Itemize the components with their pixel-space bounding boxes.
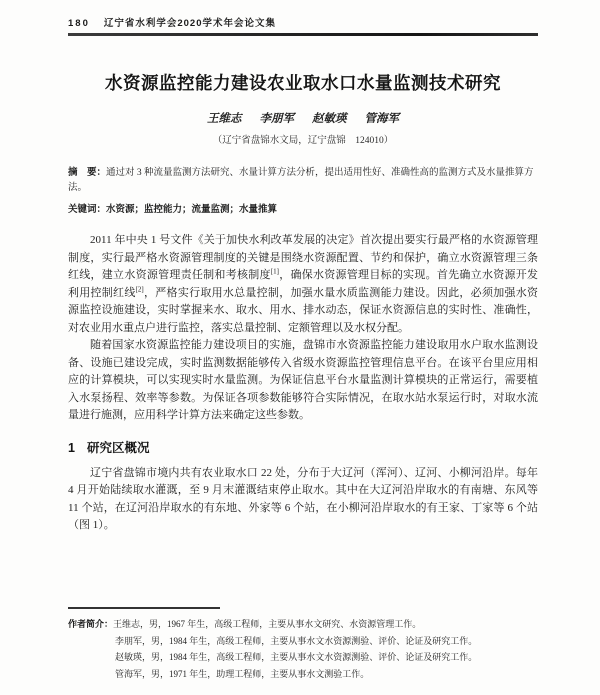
- abstract-label: 摘 要：: [68, 167, 106, 178]
- bio-entry: 王维志，男，1967 年生，高级工程师，主要从事水文研究、水资源管理工作。: [113, 619, 421, 629]
- keywords-text: 水资源；监控能力；流量监测；水量推算: [106, 204, 277, 215]
- footnote-rule: [68, 607, 220, 609]
- paragraph-3: 辽宁省盘锦市境内共有农业取水口 22 处，分布于大辽河（浑河）、辽河、小柳河沿岸…: [68, 465, 538, 535]
- author-name: 李朋军: [260, 110, 295, 126]
- paragraph-1: 2011 年中央 1 号文件《关于加快水利改革发展的决定》首次提出要实行最严格的…: [68, 232, 538, 337]
- bio-line: 赵敏瑛，男，1984 年生，高级工程师，主要从事水文水资源测验、评价、论证及研究…: [115, 649, 538, 666]
- page-content: 180 辽宁省水利学会2020学术年会论文集 水资源监控能力建设农业取水口水量监…: [68, 0, 538, 535]
- section-title: 研究区概况: [87, 441, 150, 455]
- paper-title: 水资源监控能力建设农业取水口水量监测技术研究: [68, 70, 538, 95]
- paragraph-2: 随着国家水资源监控能力建设项目的实施，盘锦市水资源监控能力建设取用水户取水监测设…: [68, 337, 538, 425]
- section-1-heading: 1研究区概况: [68, 438, 538, 456]
- footnote-area: 作者简介：王维志，男，1967 年生，高级工程师，主要从事水文研究、水资源管理工…: [68, 607, 538, 682]
- citation-1: [1]: [271, 267, 279, 275]
- keywords-line: 关键词：水资源；监控能力；流量监测；水量推算: [68, 202, 538, 218]
- header-rule: [68, 33, 538, 36]
- author-name: 赵敏瑛: [312, 110, 347, 126]
- paper-page: 180 辽宁省水利学会2020学术年会论文集 水资源监控能力建设农业取水口水量监…: [0, 0, 600, 695]
- page-number: 180: [68, 18, 90, 29]
- keywords-label: 关键词：: [68, 204, 106, 215]
- body-text: 2011 年中央 1 号文件《关于加快水利改革发展的决定》首次提出要实行最严格的…: [68, 232, 538, 535]
- running-header: 180 辽宁省水利学会2020学术年会论文集: [68, 0, 538, 29]
- bio-line: 李朋军，男，1984 年生，高级工程师，主要从事水文水资源测验、评价、论证及研究…: [115, 633, 538, 650]
- author-name: 管海军: [365, 110, 400, 126]
- bios-label: 作者简介：: [68, 619, 113, 629]
- author-name: 王维志: [207, 110, 242, 126]
- bio-line: 管海军，男，1971 年生，助理工程师，主要从事水文测验工作。: [115, 666, 538, 683]
- bio-line: 作者简介：王维志，男，1967 年生，高级工程师，主要从事水文研究、水资源管理工…: [115, 616, 538, 633]
- abstract-text: 通过对 3 种流量监测方法研究、水量计算方法分析，提出适用性好、准确性高的监测方…: [68, 168, 534, 193]
- section-number: 1: [68, 441, 75, 455]
- authors-line: 王维志 李朋军 赵敏瑛 管海军: [68, 110, 538, 126]
- p1-text-3: ，严格实行取用水总量控制，加强水量水质监测能力建设。因此，必须加强水资源监控设施…: [68, 287, 538, 334]
- author-bios: 作者简介：王维志，男，1967 年生，高级工程师，主要从事水文研究、水资源管理工…: [68, 616, 538, 682]
- abstract-block: 摘 要：通过对 3 种流量监测方法研究、水量计算方法分析，提出适用性好、准确性高…: [68, 165, 538, 218]
- proceedings-title: 辽宁省水利学会2020学术年会论文集: [104, 15, 276, 29]
- affiliation-line: （辽宁省盘锦水文局，辽宁盘锦 124010）: [68, 132, 538, 146]
- citation-2: [2]: [136, 285, 144, 293]
- abstract-line: 摘 要：通过对 3 种流量监测方法研究、水量计算方法分析，提出适用性好、准确性高…: [68, 165, 538, 196]
